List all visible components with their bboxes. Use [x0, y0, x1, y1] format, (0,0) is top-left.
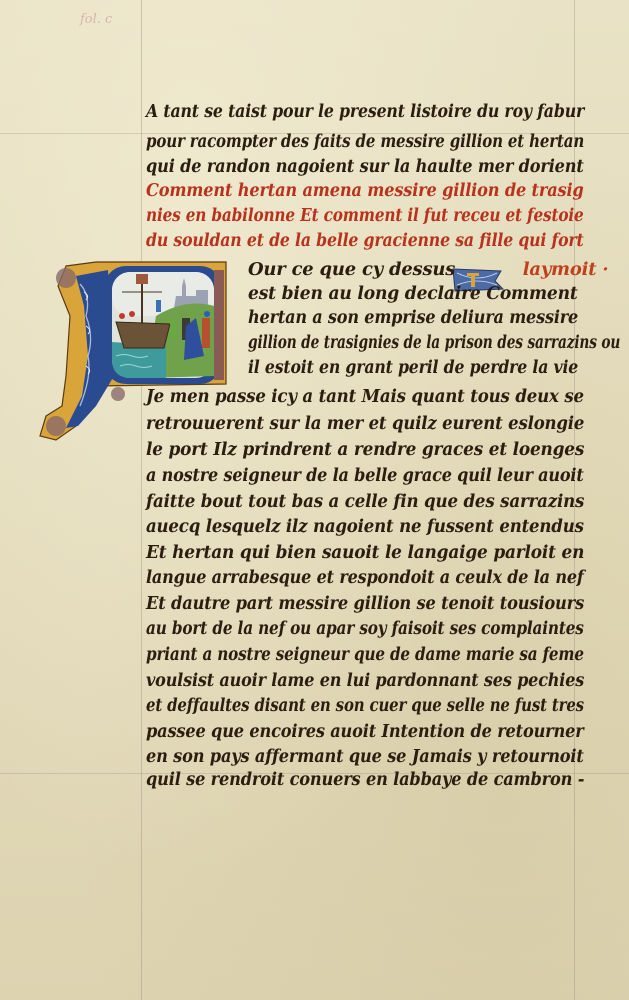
line-text: qui de randon nagoient sur la haulte mer…: [146, 157, 584, 177]
text-line: en son pays affermant que se Jamais y re…: [146, 747, 584, 767]
text-line: a nostre seigneur de la belle grace quil…: [146, 466, 584, 486]
line-text: Et dautre part messire gillion se tenoit…: [146, 594, 584, 614]
text-line: Our ce que cy dessuslaymoit ·: [248, 260, 608, 280]
text-line: langue arrabesque et respondoit a ceulx …: [146, 568, 584, 588]
line-text: Comment hertan amena messire gillion de …: [146, 181, 584, 201]
text-line: priant a nostre seigneur que de dame mar…: [146, 645, 584, 665]
line-text: langue arrabesque et respondoit a ceulx …: [146, 568, 584, 588]
line-text: le port Ilz prindrent a rendre graces et…: [146, 440, 584, 460]
ruling-left-margin: [141, 0, 142, 1000]
line-text: Our ce que cy dessus: [248, 260, 455, 280]
line-text: et deffaultes disant en son cuer que sel…: [146, 696, 584, 716]
line-text: A tant se taist pour le present listoire…: [146, 102, 584, 122]
line-text: voulsist auoir lame en lui pardonnant se…: [146, 671, 584, 691]
text-line: nies en babilonne Et comment il fut rece…: [146, 206, 584, 226]
folio-mark: fol. c: [80, 12, 112, 27]
line-text: priant a nostre seigneur que de dame mar…: [146, 645, 584, 665]
text-line: quil se rendroit conuers en labbaye de c…: [146, 770, 584, 790]
text-line: du souldan et de la belle gracienne sa f…: [146, 231, 584, 251]
text-line: passee que encoires auoit Intention de r…: [146, 722, 584, 742]
text-line: A tant se taist pour le present listoire…: [146, 102, 584, 122]
line-text: au bort de la nef ou apar soy faisoit se…: [146, 619, 584, 639]
line-text: il estoit en grant peril de perdre la vi…: [248, 358, 578, 378]
rubric-word: laymoit ·: [523, 260, 609, 280]
text-line: hertan a son emprise deliura messire: [248, 308, 578, 328]
text-line: au bort de la nef ou apar soy faisoit se…: [146, 619, 584, 639]
text-line: retrouuerent sur la mer et quilz eurent …: [146, 414, 584, 434]
text-line: faitte bout tout bas a celle fin que des…: [146, 492, 584, 512]
line-text: a nostre seigneur de la belle grace quil…: [146, 466, 584, 486]
text-line: auecq lesquelz ilz nagoient ne fussent e…: [146, 517, 584, 537]
line-text: nies en babilonne Et comment il fut rece…: [146, 206, 584, 226]
text-line: Et dautre part messire gillion se tenoit…: [146, 594, 584, 614]
text-line: Je men passe icy a tant Mais quant tous …: [146, 387, 584, 407]
text-line: gillion de trasignies de la prison des s…: [248, 333, 620, 353]
line-text: hertan a son emprise deliura messire: [248, 308, 578, 328]
line-text: en son pays affermant que se Jamais y re…: [146, 747, 584, 767]
text-line: le port Ilz prindrent a rendre graces et…: [146, 440, 584, 460]
line-text: est bien au long declaire Comment: [248, 284, 578, 304]
text-line: voulsist auoir lame en lui pardonnant se…: [146, 671, 584, 691]
manuscript-page: fol. c: [0, 0, 629, 1000]
text-line: pour racompter des faits de messire gill…: [146, 132, 584, 152]
line-text: passee que encoires auoit Intention de r…: [146, 722, 584, 742]
line-text: retrouuerent sur la mer et quilz eurent …: [146, 414, 584, 434]
line-text: faitte bout tout bas a celle fin que des…: [146, 492, 584, 512]
line-text: gillion de trasignies de la prison des s…: [248, 333, 620, 353]
text-line: il estoit en grant peril de perdre la vi…: [248, 358, 578, 378]
line-text: Et hertan qui bien sauoit le langaige pa…: [146, 543, 584, 563]
line-text: quil se rendroit conuers en labbaye de c…: [146, 770, 584, 790]
text-line: Comment hertan amena messire gillion de …: [146, 181, 584, 201]
line-text: Je men passe icy a tant Mais quant tous …: [146, 387, 584, 407]
text-line: et deffaultes disant en son cuer que sel…: [146, 696, 584, 716]
line-text: pour racompter des faits de messire gill…: [146, 132, 584, 152]
text-line: Et hertan qui bien sauoit le langaige pa…: [146, 543, 584, 563]
line-text: auecq lesquelz ilz nagoient ne fussent e…: [146, 517, 584, 537]
text-line: qui de randon nagoient sur la haulte mer…: [146, 157, 584, 177]
line-text: du souldan et de la belle gracienne sa f…: [146, 231, 584, 251]
text-line: est bien au long declaire Comment: [248, 284, 578, 304]
